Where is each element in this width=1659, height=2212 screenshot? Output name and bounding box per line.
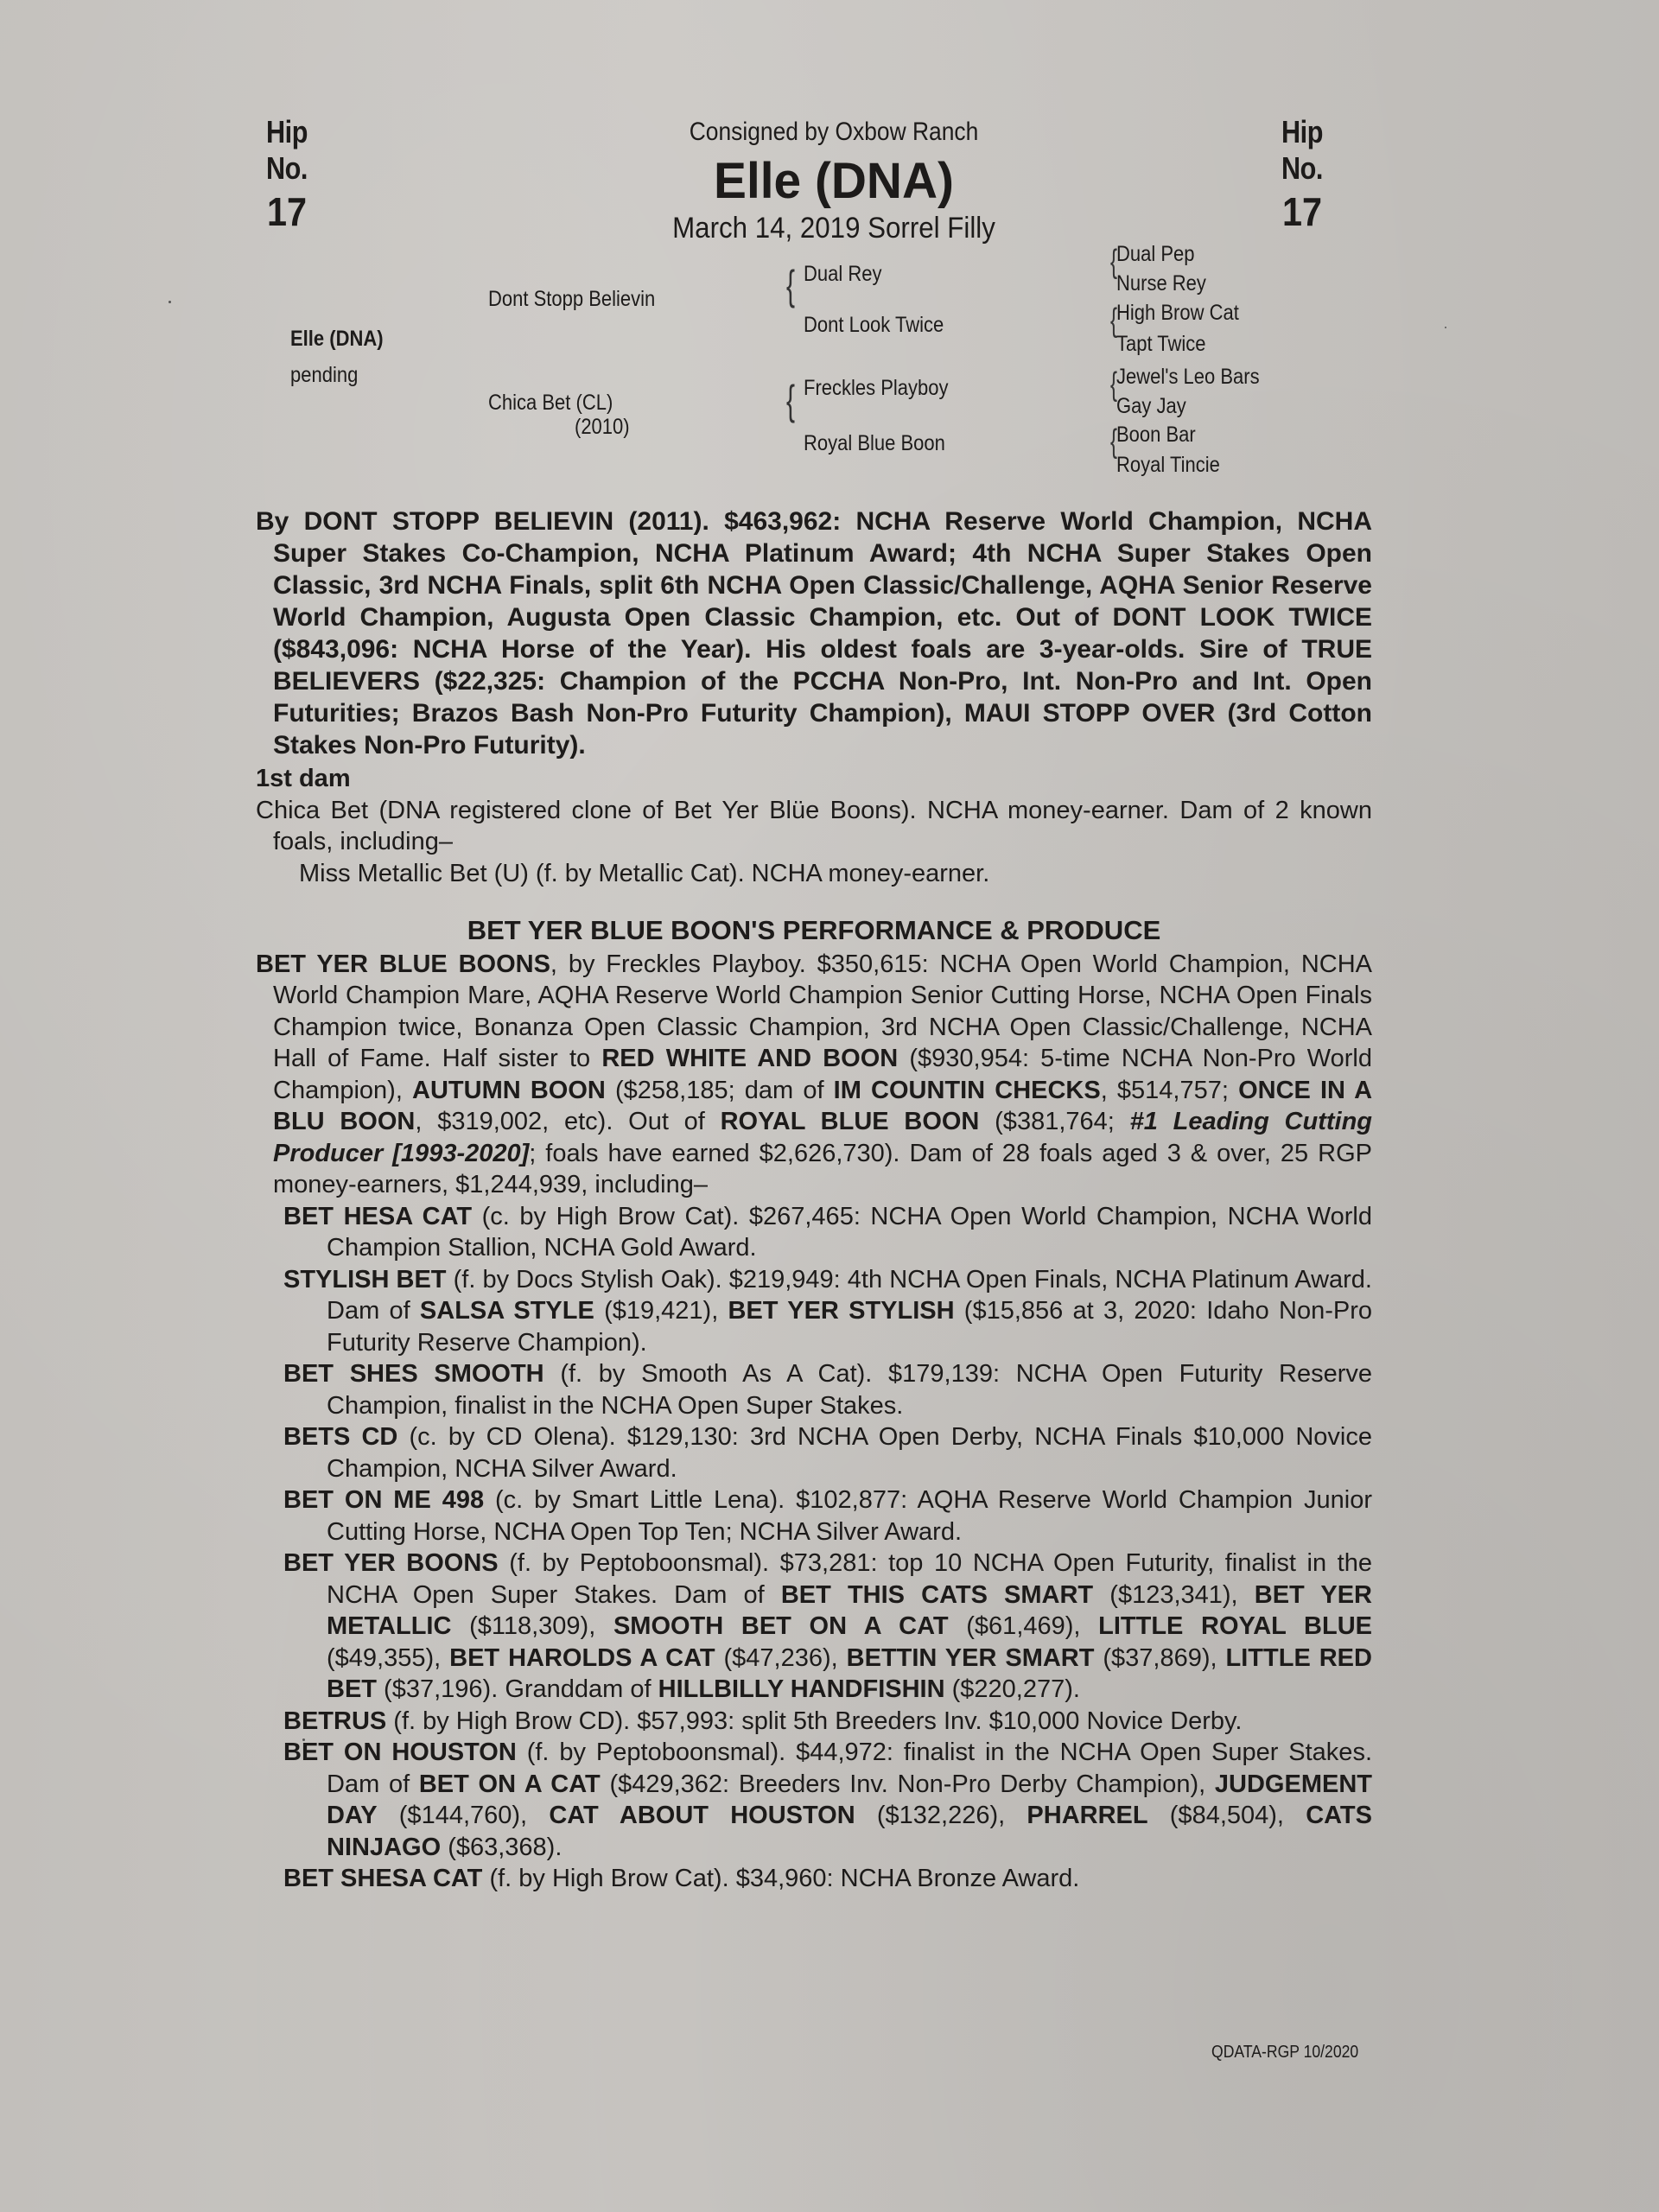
foal-record: (c. by CD Olena). $129,130: 3rd NCHA Ope… [327,1423,1372,1483]
horse-ref: RED WHITE AND BOON [601,1045,898,1072]
foal-record: (f. by High Brow CD). $57,993: split 5th… [386,1707,1242,1735]
pedigree-sire-sire: Dual Rey [804,262,881,287]
text-run: ($132,226), [855,1802,1027,1829]
foal-name: BET ON HOUSTON [283,1738,517,1766]
performance-heading: BET YER BLUE BOON'S PERFORMANCE & PRODUC… [256,915,1372,947]
horse-ref: CAT ABOUT HOUSTON [549,1802,855,1829]
foal-name: BETS CD [283,1423,397,1451]
pedigree-dam-dam: Royal Blue Boon [804,431,945,456]
pedigree-ggp-5: Jewel's Leo Bars [1116,365,1260,390]
text-run: ($47,236), [715,1644,847,1672]
foal-name: BETRUS [283,1707,386,1735]
pedigree-ggp-3: High Brow Cat [1116,301,1239,326]
pedigree-dam-year: (2010) [575,415,630,440]
produce-list: BET HESA CAT (c. by High Brow Cat). $267… [256,1201,1372,1895]
pedigree-sire-dam: Dont Look Twice [804,313,944,338]
pedigree-subject-status: pending [290,363,358,388]
pedigree-brace: { [786,264,795,310]
second-dam-name: BET YER BLUE BOONS [256,950,550,978]
text-run: ($37,196). Granddam of [377,1675,658,1703]
horse-ref: IM COUNTIN CHECKS [834,1077,1101,1104]
pedigree-ggp-7: Boon Bar [1116,423,1196,448]
text-run: ($61,469), [949,1612,1099,1640]
text-run: ($19,421), [594,1297,728,1325]
hip-number: 17 [1271,188,1333,235]
text-run: ($381,764; [979,1108,1129,1135]
hip-label: Hip No. [1273,114,1332,187]
pedigree-ggp-2: Nurse Rey [1116,271,1206,296]
horse-ref: SMOOTH BET ON A CAT [613,1612,949,1640]
foal-record: (c. by High Brow Cat). $267,465: NCHA Op… [327,1203,1372,1262]
produce-entry: BETRUS (f. by High Brow CD). $57,993: sp… [273,1706,1372,1738]
paper-speck [302,1738,305,1741]
horse-ref: PHARREL [1027,1802,1147,1829]
pedigree-sire: Dont Stopp Believin [488,287,655,312]
foal-record: (c. by Smart Little Lena). $102,877: AQH… [327,1486,1372,1546]
produce-entry: STYLISH BET (f. by Docs Stylish Oak). $2… [273,1264,1372,1359]
text-run: ($63,368). [441,1834,562,1861]
consignor: Consigned by Oxbow Ranch [587,118,1081,147]
text-run: ($258,185; dam of [606,1077,834,1104]
second-dam-paragraph: BET YER BLUE BOONS, by Freckles Playboy.… [256,949,1372,1201]
horse-ref: BET ON A CAT [419,1770,601,1798]
pedigree-ggp-4: Tapt Twice [1116,332,1206,357]
sale-catalog-page: Hip No. 17 Hip No. 17 Consigned by Oxbow… [0,0,1659,2212]
sire-paragraph: By DONT STOPP BELIEVIN (2011). $463,962:… [256,505,1372,761]
text-run: ($144,760), [378,1802,550,1829]
horse-ref: BET YER STYLISH [728,1297,955,1325]
paper-speck [168,301,171,303]
produce-entry: BET SHES SMOOTH (f. by Smooth As A Cat).… [273,1358,1372,1421]
hip-label: Hip No. [257,114,316,187]
text-run: ($429,362: Breeders Inv. Non-Pro Derby C… [601,1770,1215,1798]
foal-name: BET ON ME 498 [283,1486,484,1514]
horse-ref: HILLBILLY HANDFISHIN [658,1675,945,1703]
produce-entry: BET HESA CAT (c. by High Brow Cat). $267… [273,1201,1372,1264]
text-run: , $319,002, etc). Out of [415,1108,720,1135]
first-dam-label: 1st dam [256,763,1372,795]
produce-entry: BETS CD (c. by CD Olena). $129,130: 3rd … [273,1421,1372,1484]
horse-ref: AUTUMN BOON [412,1077,606,1104]
pedigree-brace: { [786,378,795,425]
hip-number-left: Hip No. 17 [252,114,321,235]
foal-name: BET SHES SMOOTH [283,1360,544,1388]
produce-entry: BET ON ME 498 (c. by Smart Little Lena).… [273,1484,1372,1548]
paper-speck [1445,327,1446,328]
text-run: ($123,341), [1093,1581,1255,1609]
horse-name: Elle (DNA) [559,152,1109,210]
foal-name: BET HESA CAT [283,1203,472,1230]
horse-ref: BET HAROLDS A CAT [449,1644,715,1672]
text-run: ($118,309), [451,1612,613,1640]
horse-ref: SALSA STYLE [420,1297,594,1325]
produce-entry: BET YER BOONS (f. by Peptoboonsmal). $73… [273,1548,1372,1706]
text-run: ($220,277). [945,1675,1080,1703]
text-run: , $514,757; [1101,1077,1238,1104]
pedigree-ggp-6: Gay Jay [1116,394,1186,419]
pedigree-ggp-8: Royal Tincie [1116,453,1220,478]
pedigree-dam-sire: Freckles Playboy [804,376,949,401]
foal-name: BET SHESA CAT [283,1865,482,1892]
first-dam-foal: Miss Metallic Bet (U) (f. by Metallic Ca… [256,858,1372,890]
first-dam-text: Chica Bet (DNA registered clone of Bet Y… [256,795,1372,858]
foal-name: STYLISH BET [283,1266,447,1294]
horse-ref: ROYAL BLUE BOON [721,1108,980,1135]
pedigree-dam: Chica Bet (CL) [488,391,613,416]
text-run: ($49,355), [327,1644,449,1672]
horse-ref: BETTIN YER SMART [847,1644,1095,1672]
pedigree-subject: Elle (DNA) [290,327,384,352]
produce-entry: BET SHESA CAT (f. by High Brow Cat). $34… [273,1863,1372,1895]
foal-name: BET YER BOONS [283,1549,499,1577]
foal-record: (f. by High Brow Cat). $34,960: NCHA Bro… [482,1865,1079,1892]
text-run: ($84,504), [1148,1802,1306,1829]
hip-number-right: Hip No. 17 [1268,114,1337,235]
catalog-header: Consigned by Oxbow Ranch Elle (DNA) Marc… [553,118,1115,245]
foaling-info: March 14, 2019 Sorrel Filly [575,212,1092,245]
text-run: ($37,869), [1094,1644,1225,1672]
hip-number: 17 [256,188,318,235]
data-source-code: QDATA-RGP 10/2020 [1211,2043,1358,2063]
produce-entry: BET ON HOUSTON (f. by Peptoboonsmal). $4… [273,1737,1372,1863]
catalog-body: By DONT STOPP BELIEVIN (2011). $463,962:… [256,505,1372,1895]
horse-ref: BET THIS CATS SMART [781,1581,1093,1609]
horse-ref: LITTLE ROYAL BLUE [1098,1612,1372,1640]
pedigree-ggp-1: Dual Pep [1116,242,1195,267]
